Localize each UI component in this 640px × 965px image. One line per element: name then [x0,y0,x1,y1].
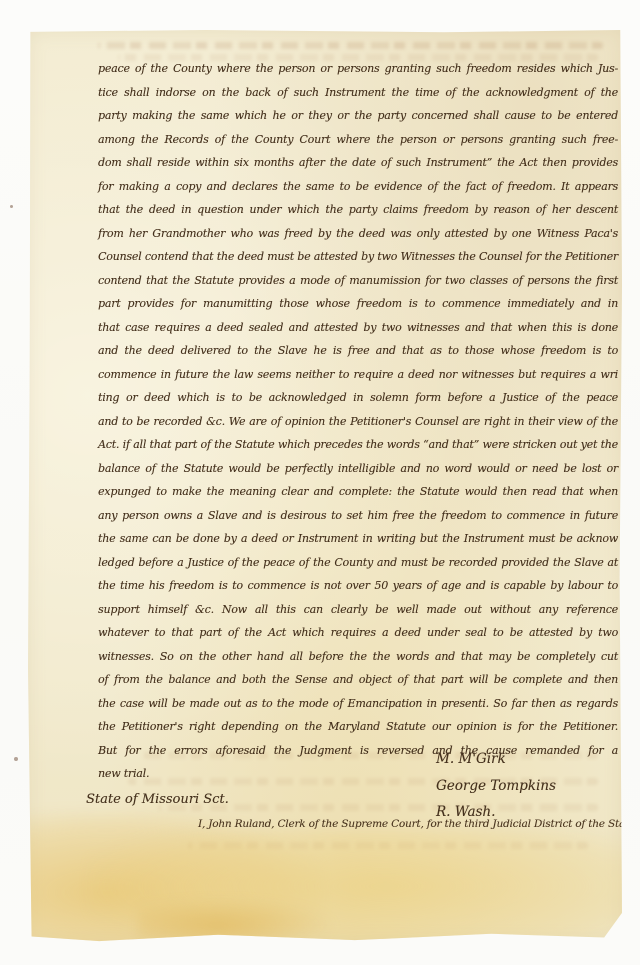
signature-block: M. M'Girk George Tompkins R. Wash. [436,746,556,826]
manuscript-line: witnesses. So on the other hand all befo… [98,645,618,669]
manuscript-line: and the deed delivered to the Slave he i… [98,339,618,363]
stain [138,898,338,953]
manuscript-line: peace of the County where the person or … [98,57,618,81]
manuscript-line: support himself &c. Now all this can cle… [98,598,618,622]
manuscript-line: the time his freedom is to commence is n… [98,574,618,598]
manuscript-line: ledged before a Justice of the peace of … [98,551,618,575]
manuscript-line: party making the same which he or they o… [98,104,618,128]
paper-speck [14,757,18,761]
manuscript-line: expunged to make the meaning clear and c… [98,480,618,504]
ink-bleed-through [188,842,588,849]
paper-speck [10,205,13,208]
manuscript-line: part provides for manumitting those whos… [98,292,618,316]
attestation-caption: State of Missouri Sct. [86,792,229,807]
manuscript-line: the same can be done by a deed or Instru… [98,527,618,551]
manuscript-line: the Petitioner's right depending on the … [98,715,618,739]
manuscript-line: any person owns a Slave and is desirous … [98,504,618,528]
ink-bleed-through [98,42,603,49]
signature-judge: M. M'Girk [436,746,556,773]
manuscript-page: peace of the County where the person or … [28,30,622,942]
manuscript-line: among the Records of the County Court wh… [98,128,618,152]
manuscript-line: from her Grandmother who was freed by th… [98,222,618,246]
manuscript-line: dom shall reside within six months after… [98,151,618,175]
clerk-certification: I, John Ruland, Clerk of the Supreme Cou… [198,818,628,830]
manuscript-text: peace of the County where the person or … [98,57,618,786]
manuscript-line: tice shall indorse on the back of such I… [98,81,618,105]
manuscript-line: that case requires a deed sealed and att… [98,316,618,340]
signature-judge: George Tompkins [436,773,556,800]
manuscript-line: that the deed in question under which th… [98,198,618,222]
manuscript-line: whatever to that part of the Act which r… [98,621,618,645]
manuscript-line: Counsel contend that the deed must be at… [98,245,618,269]
scan-background: peace of the County where the person or … [0,0,640,965]
manuscript-line: for making a copy and declares the same … [98,175,618,199]
manuscript-line: commence in future the law seems neither… [98,363,618,387]
manuscript-line: contend that the Statute provides a mode… [98,269,618,293]
manuscript-line: of from the balance and both the Sense a… [98,668,618,692]
manuscript-line: Act. if all that part of the Statute whi… [98,433,618,457]
stain [14,810,324,960]
manuscript-line: the case will be made out as to the mode… [98,692,618,716]
manuscript-line: balance of the Statute would be perfectl… [98,457,618,481]
manuscript-line: ting or deed which is to be acknowledged… [98,386,618,410]
manuscript-line: and to be recorded &c. We are of opinion… [98,410,618,434]
